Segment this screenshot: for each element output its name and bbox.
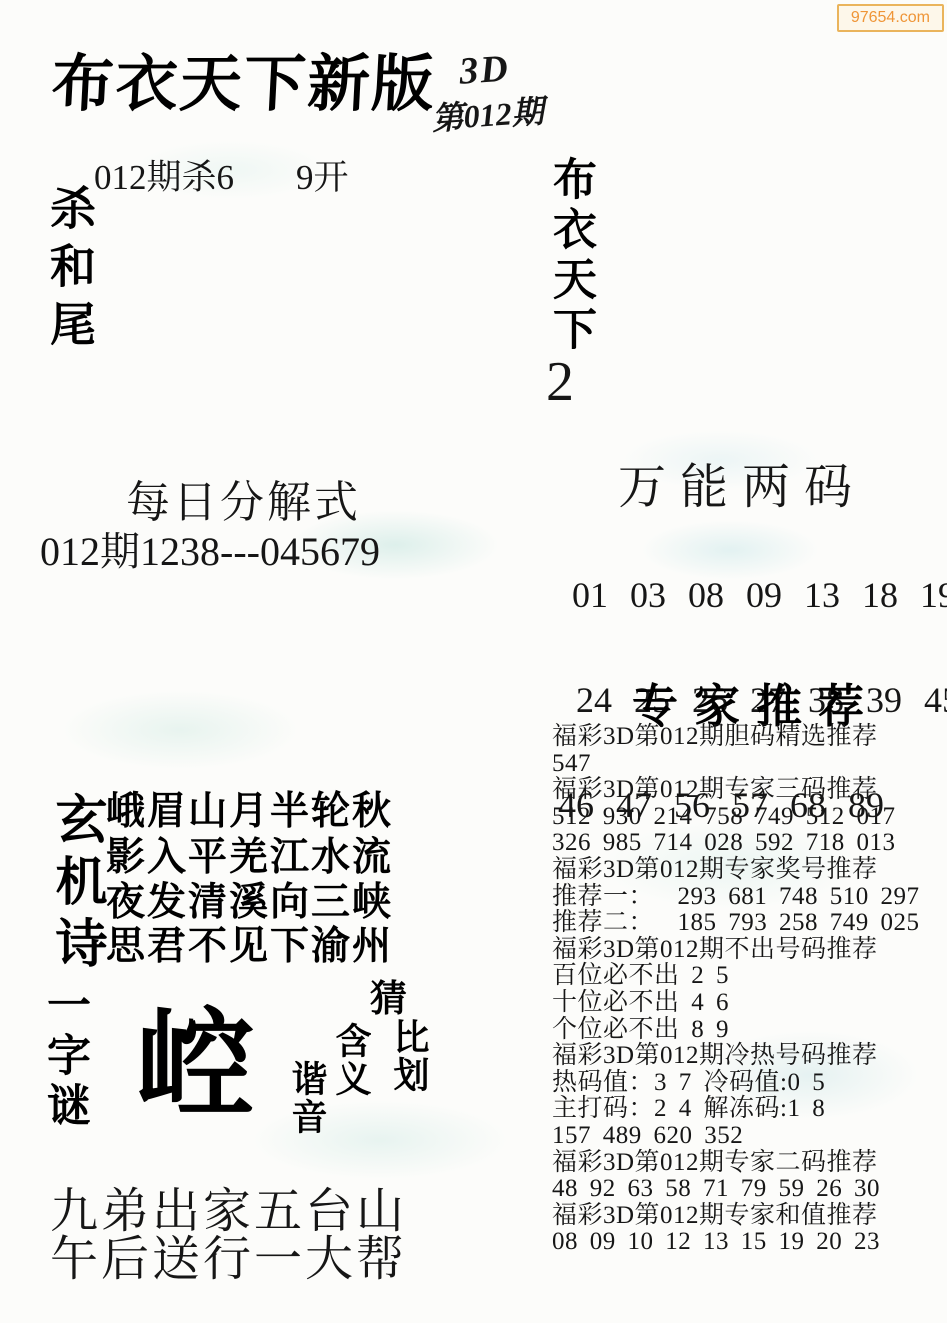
expert-line: 推荐一： 293 681 748 510 297 bbox=[552, 884, 946, 911]
riddle-hint-homophone: 谐音 bbox=[282, 1060, 333, 1136]
expert-line: 十位必不出 4 6 bbox=[552, 990, 946, 1017]
daily-breakdown-formula: 012期1238---045679 bbox=[40, 520, 380, 577]
expert-line: 百位必不出 2 5 bbox=[552, 963, 946, 990]
expert-line: 326 985 714 028 592 718 013 bbox=[552, 830, 946, 857]
brand-vertical-label: 布衣天下 bbox=[538, 156, 602, 356]
expert-line: 福彩3D第012期专家二码推荐 bbox=[552, 1150, 946, 1177]
lottery-sheet: 97654.com 布衣天下新版 3D 第012期 012期杀69开 杀和尾 布… bbox=[0, 0, 947, 1323]
expert-line: 08 09 10 12 13 15 19 20 23 bbox=[552, 1229, 946, 1256]
universal-two-codes-title: 万能两码 bbox=[618, 448, 866, 517]
kill-number-text: 012期杀6 bbox=[94, 158, 234, 197]
site-watermark-badge: 97654.com bbox=[837, 4, 944, 32]
expert-line: 福彩3D第012期冷热号码推荐 bbox=[552, 1043, 946, 1070]
expert-line: 福彩3D第012期专家三码推荐 bbox=[552, 777, 946, 804]
expert-line: 福彩3D第012期专家和值推荐 bbox=[552, 1203, 946, 1230]
riddle-hint-guess: 猜 bbox=[370, 968, 407, 1022]
expert-line: 福彩3D第012期胆码精选推荐 bbox=[552, 724, 946, 751]
expert-line: 547 bbox=[552, 751, 946, 778]
riddle-character: 崆 bbox=[136, 1008, 254, 1126]
expert-line: 主打码：2 4 解冻码:1 8 bbox=[552, 1096, 946, 1123]
word-riddle-label: 一字谜 bbox=[32, 982, 96, 1132]
open-number-text: 9开 bbox=[296, 158, 349, 197]
riddle-hint-meaning: 含义 bbox=[326, 1022, 377, 1098]
watermark-smudge bbox=[60, 690, 300, 770]
kill-number-row: 012期杀69开 bbox=[94, 150, 349, 200]
brand-number: 2 bbox=[546, 350, 574, 414]
kill-sum-tail-label: 杀和尾 bbox=[36, 184, 102, 358]
expert-recommendation-list: 福彩3D第012期胆码精选推荐 547 福彩3D第012期专家三码推荐 512 … bbox=[552, 724, 946, 1256]
expert-line: 157 489 620 352 bbox=[552, 1123, 946, 1150]
expert-line: 个位必不出 8 9 bbox=[552, 1017, 946, 1044]
bottom-riddle-line: 午后送行一大帮 bbox=[50, 1220, 407, 1289]
expert-line: 512 930 214 758 749 512 017 bbox=[552, 804, 946, 831]
expert-line: 48 92 63 58 71 79 59 26 30 bbox=[552, 1176, 946, 1203]
expert-line: 热码值：3 7 冷码值:0 5 bbox=[552, 1070, 946, 1097]
expert-line: 推荐二： 185 793 258 749 025 bbox=[552, 910, 946, 937]
page-title: 布衣天下新版 bbox=[50, 34, 439, 123]
title-subblock: 3D 第012期 bbox=[427, 44, 545, 140]
two-codes-row: 01 03 08 09 13 18 19? bbox=[556, 578, 947, 613]
mystery-poem-label: 玄机诗 bbox=[38, 792, 113, 978]
riddle-hint-strokes: 比划 bbox=[384, 1018, 435, 1094]
expert-line: 福彩3D第012期专家奖号推荐 bbox=[552, 857, 946, 884]
expert-line: 福彩3D第012期不出号码推荐 bbox=[552, 937, 946, 964]
issue-label: 第012期 bbox=[430, 86, 545, 140]
poem-line: 思君不见下渝州 bbox=[106, 915, 393, 971]
